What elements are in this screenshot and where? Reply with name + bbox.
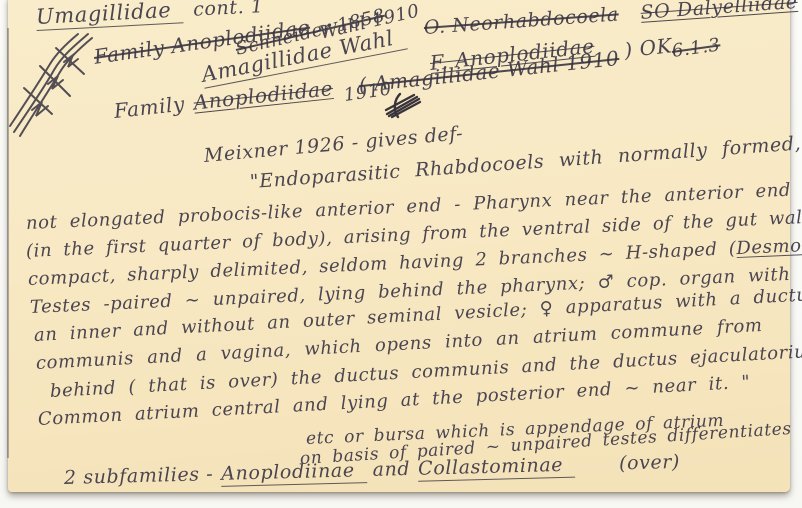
genus-name-desmote: Desmote <box>736 234 802 259</box>
scanned-index-card-page: Umagillidaecont. 1 O. NeorhabdocoelaSO D… <box>0 0 802 508</box>
crossed-out-scribble <box>4 18 106 140</box>
subfamilies-conjunction: and <box>372 458 410 481</box>
over-note: (over) <box>619 451 680 475</box>
subfamilies-prefix: 2 subfamilies - <box>64 463 214 489</box>
subfamily-anoplodiinae: Anoplodiinae <box>221 459 367 487</box>
card-title-note: cont. 1 <box>193 0 264 21</box>
subfamily-collastominae: Collastominae <box>418 454 576 482</box>
accepted-ok-mark: ) OK <box>623 33 673 62</box>
